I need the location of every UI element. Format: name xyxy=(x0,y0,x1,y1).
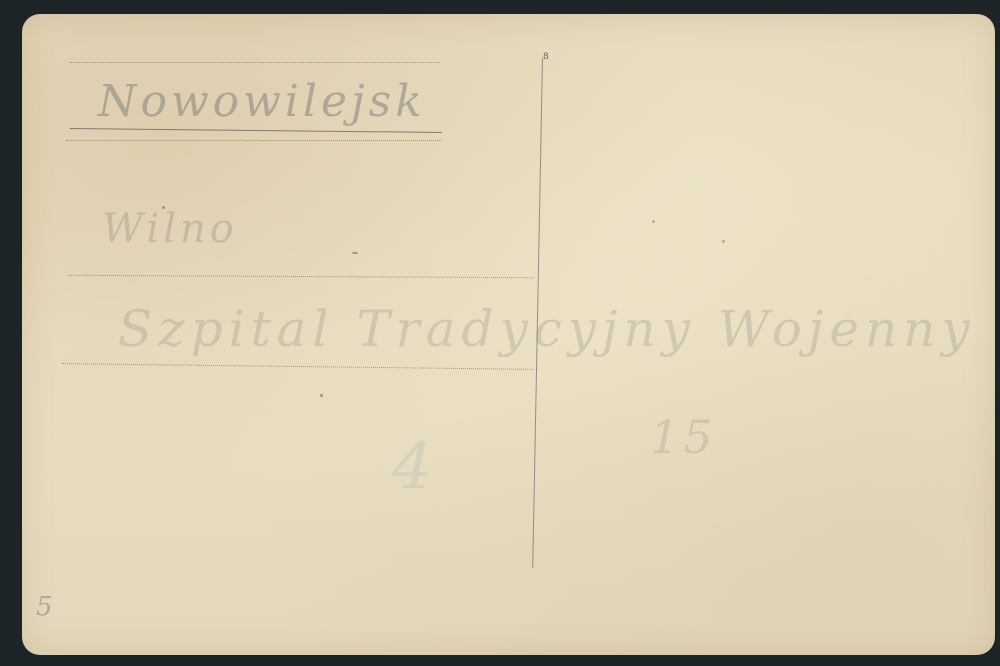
address-line-1 xyxy=(70,62,440,63)
address-line-3 xyxy=(68,275,534,278)
paper-speck xyxy=(722,240,725,243)
corner-number: 5 xyxy=(36,592,53,622)
handwriting-center-mark: 4 xyxy=(392,430,437,504)
handwriting-line-1: Nowowilejsk xyxy=(98,76,426,127)
address-line-2 xyxy=(66,140,442,141)
paper-speck xyxy=(352,252,358,254)
handwriting-line-3: Szpital Tradycyjny Wojenny xyxy=(118,300,976,358)
address-line-4 xyxy=(62,363,534,370)
handwriting-right-note: 15 xyxy=(650,410,717,464)
handwriting-line-2: Wilno xyxy=(102,206,238,252)
divider-number: 8 xyxy=(543,52,549,62)
address-underline xyxy=(70,128,442,133)
paper-speck xyxy=(652,220,655,223)
paper-speck xyxy=(320,394,323,397)
